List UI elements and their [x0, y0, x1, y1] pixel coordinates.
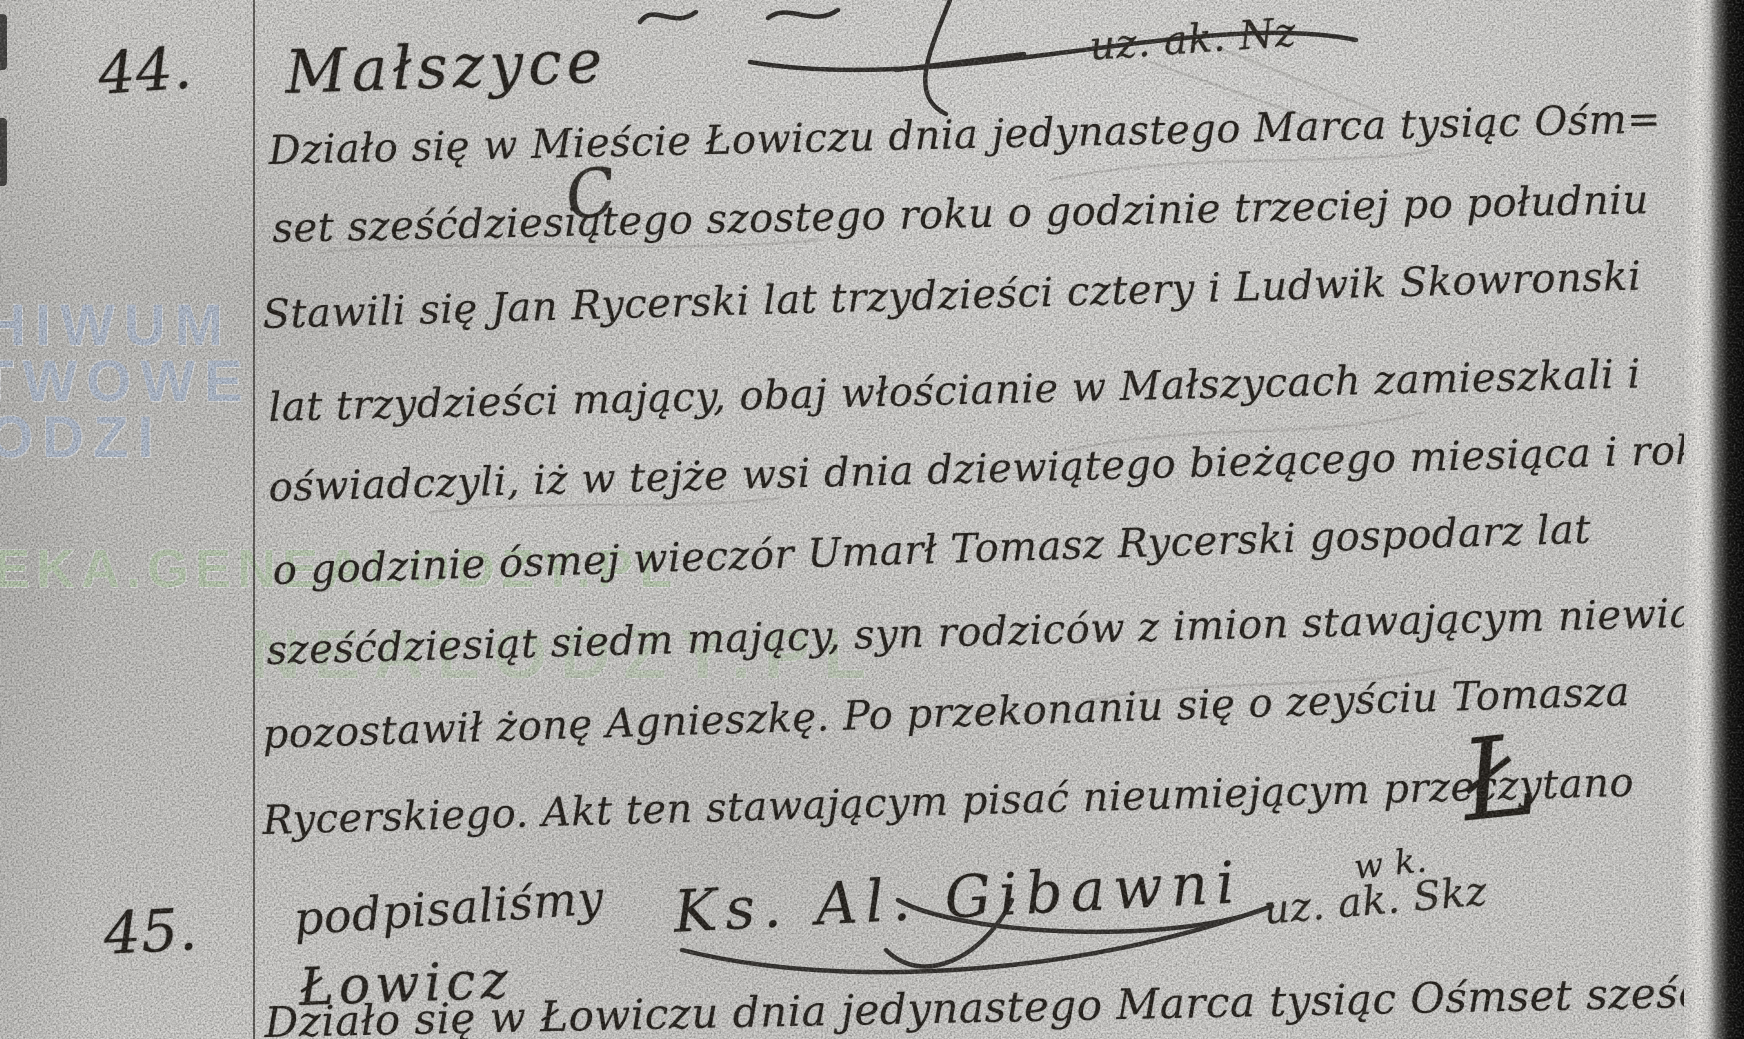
priest-signature: Ks. Al. Gibawni [672, 848, 1244, 946]
body-line: Stawili się Jan Rycerski lat trzydzieści… [262, 253, 1642, 337]
watermark-archive-line-3: ODZI [0, 404, 163, 471]
record-number-44: 44. [96, 33, 194, 107]
left-edge-mark [0, 14, 7, 70]
clerk-mark-tall-letter: Ł [1455, 710, 1544, 847]
clerk-mark-top-right: uz. ak. Nz [1088, 10, 1298, 70]
margin-rule [253, 0, 255, 1039]
body-line: oświadczyli, iż w tejże wsi dnia dziewią… [268, 427, 1727, 511]
closing-word: podpisaliśmy [292, 870, 605, 946]
body-line: set sześćdziesiątego szostego roku o god… [272, 177, 1649, 252]
clerk-mark-bottom-right: uz. ak. Skz [1262, 868, 1489, 933]
page-edge-band [1684, 0, 1744, 1039]
body-line: lat trzydzieści mający, obaj włościanie … [268, 351, 1641, 431]
left-edge-mark [0, 118, 7, 186]
body-line: o godzinie ósmej wieczór Umarł Tomasz Ry… [272, 507, 1592, 594]
place-heading-44: Małszyce [284, 27, 608, 108]
body-line: Rycerskiego. Akt ten stawającym pisać ni… [262, 760, 1635, 844]
record-number-45: 45. [102, 895, 199, 968]
document-scan: HIWUM TWOWE ODZI EKA.GENEALODZY.PL NEALO… [0, 0, 1744, 1039]
body-line: Działo się w Mieście Łowiczu dnia jedyna… [268, 96, 1662, 174]
